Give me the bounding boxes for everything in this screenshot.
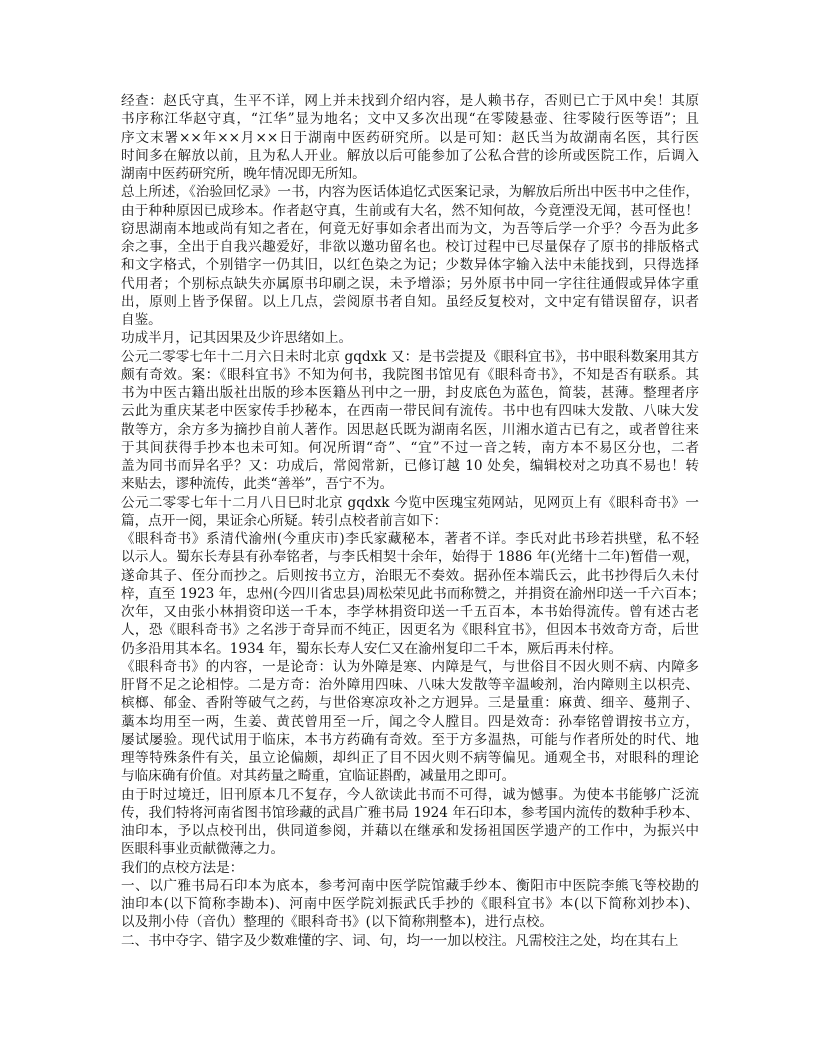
text-line: 以示人。蜀东长寿县有孙奉铭者，与李氏相契十余年，始得于 1886 年(光绪十二年…	[121, 548, 699, 566]
text-line: 公元二零零七年十二月六日未时北京 gqdxk 又：是书尝提及《眼科宜书》，书中眼…	[121, 348, 699, 366]
paragraph: 总上所述，《治验回忆录》一书，内容为医话体追忆式医案记录，为解放后所出中医书中之…	[121, 183, 699, 329]
paragraph: 我们的点校方法是：	[121, 859, 699, 877]
text-line: 时间多在解放以前，且为私人开业。解放以后可能参加了公私合营的诊所或医院工作，后调…	[121, 147, 699, 165]
text-line: 理等特殊条件有关，虽立论偏颇，却纠正了目不因火则不病等偏见。通观全书，对眼科的理…	[121, 749, 699, 767]
text-line: 书序称江华赵守真，“江华”显为地名；文中又多次出现“在零陵悬壶、往零陵行医等语”…	[121, 110, 699, 128]
text-line: 与临床确有价值。对其药量之畸重，宜临证斟酌，减量用之即可。	[121, 767, 699, 785]
text-line: 篇，点开一阅，果证余心所疑。转引点校者前言如下：	[121, 512, 699, 530]
text-line: 经查：赵氏守真，生平不详，网上并未找到介绍内容，是人赖书存，否则已亡于风中矣！其…	[121, 92, 699, 110]
text-line: 功成半月，记其因果及少许思绪如上。	[121, 329, 699, 347]
text-line: 来贴去，谬种流传，此类“善举”，吾宁不为。	[121, 475, 699, 493]
text-line: 自鉴。	[121, 311, 699, 329]
text-line: 传，我们特将河南省图书馆珍藏的武昌广雅书局 1924 年石印本，参考国内流传的数…	[121, 804, 699, 822]
text-line: 《眼科奇书》系清代渝州(今重庆市)李氏家藏秘本，著者不详。李氏对此书珍若拱壁，私…	[121, 530, 699, 548]
paragraph: 二、书中夺字、错字及少数难懂的字、词、句，均一一加以校注。凡需校注之处，均在其右…	[121, 932, 699, 950]
text-line: 油印本(以下简称李勘本)、河南中医学院刘振武氏手抄的《眼科宜书》本(以下简称刘抄…	[121, 895, 699, 913]
text-line: 由于种种原因已成珍本。作者赵守真，生前或有大名，然不知何故，今竟湮没无闻，甚可怪…	[121, 202, 699, 220]
text-line: 梓，直至 1923 年，忠州(今四川省忠县)周松荣见此书而称赞之，并捐资在渝州印…	[121, 585, 699, 603]
text-line: 以及荆小侍（音仇）整理的《眼科奇书》(以下简称荆整本)，进行点校。	[121, 913, 699, 931]
text-line: 由于时过境迁，旧刊原本几不复存，今人欲读此书而不可得，诚为憾事。为使本书能够广泛…	[121, 786, 699, 804]
paragraph: 《眼科奇书》的内容，一是论奇：认为外障是寒、内障是气，与世俗目不因火则不病、内障…	[121, 658, 699, 786]
text-line: 我们的点校方法是：	[121, 859, 699, 877]
text-line: 云此为重庆某老中医家传手抄秘本，在西南一带民间有流传。书中也有四味大发散、八味大…	[121, 402, 699, 420]
paragraph: 一、以广雅书局石印本为底本，参考河南中医学院馆藏手纱本、衡阳市中医院李熊飞等校勘…	[121, 877, 699, 932]
text-line: 槟榔、郁金、香附等破气之药，与世俗寒凉攻补之方迥异。三是量重：麻黄、细辛、蔓荆子…	[121, 694, 699, 712]
text-line: 书为中医古籍出版社出版的珍本医籍丛刊中之一册，封皮底色为蓝色，简装，甚薄。整理者…	[121, 384, 699, 402]
text-line: 《眼科奇书》的内容，一是论奇：认为外障是寒、内障是气，与世俗目不因火则不病、内障…	[121, 658, 699, 676]
text-line: 公元二零零七年十二月八日巳时北京 gqdxk 今览中医瑰宝苑网站，见网页上有《眼…	[121, 494, 699, 512]
text-line: 医眼科事业贡献微薄之力。	[121, 840, 699, 858]
text-line: 代用者；个别标点缺失亦属原书印刷之误，未予增添；另外原书中同一字往往通假或异体字…	[121, 275, 699, 293]
text-line: 肝肾不足之论相悖。二是方奇：治外障用四味、八味大发散等辛温峻剂，治内障则主以枳壳…	[121, 676, 699, 694]
text-line: 二、书中夺字、错字及少数难懂的字、词、句，均一一加以校注。凡需校注之处，均在其右…	[121, 932, 699, 950]
text-line: 遂命其子、侄分而抄之。后则按书立方，治眼无不奏效。据孙侄本端氏云，此书抄得后久未…	[121, 567, 699, 585]
text-line: 颇有奇效。案：《眼科宜书》不知为何书，我院图书馆见有《眼科奇书》，不知是否有联系…	[121, 366, 699, 384]
text-line: 序文末署××年××月××日于湖南中医药研究所。以是可知：赵氏当为故湖南名医，其行…	[121, 129, 699, 147]
paragraph: 公元二零零七年十二月八日巳时北京 gqdxk 今览中医瑰宝苑网站，见网页上有《眼…	[121, 494, 699, 531]
text-line: 于其间获得手抄本也未可知。何况所谓“奇”、“宜”不过一音之转，南方本不易区分也，…	[121, 439, 699, 457]
text-line: 屡试屡验。现代试用于临床，本书方药确有奇效。至于方多温热，可能与作者所处的时代、…	[121, 731, 699, 749]
text-line: 盖为同书而异名乎？又：功成后，常阅常新，已修订越 10 处矣，编辑校对之功真不易…	[121, 457, 699, 475]
paragraph: 经查：赵氏守真，生平不详，网上并未找到介绍内容，是人赖书存，否则已亡于风中矣！其…	[121, 92, 699, 183]
document-page: 经查：赵氏守真，生平不详，网上并未找到介绍内容，是人赖书存，否则已亡于风中矣！其…	[121, 92, 699, 950]
paragraph: 公元二零零七年十二月六日未时北京 gqdxk 又：是书尝提及《眼科宜书》，书中眼…	[121, 348, 699, 494]
paragraph: 由于时过境迁，旧刊原本几不复存，今人欲读此书而不可得，诚为憾事。为使本书能够广泛…	[121, 786, 699, 859]
text-line: 余之事，全出于自我兴趣爱好，非欲以邀功留名也。校订过程中已尽量保存了原书的排版格…	[121, 238, 699, 256]
text-line: 仍多沿用其本名。1934 年，蜀东长寿人安仁又在渝州复印二千本，厥后再未付梓。	[121, 640, 699, 658]
text-line: 人，恐《眼科奇书》之名涉于奇异而不纯正，因更名为《眼科宜书》，但因本书效奇方奇，…	[121, 621, 699, 639]
text-line: 窃思湖南本地或尚有知之者在，何竟无好事如余者出而为文，为吾等后学一介乎？今吾为此…	[121, 220, 699, 238]
text-line: 湖南中医药研究所，晚年情况即无所知。	[121, 165, 699, 183]
text-line: 总上所述，《治验回忆录》一书，内容为医话体追忆式医案记录，为解放后所出中医书中之…	[121, 183, 699, 201]
text-line: 散等方，余方多为摘抄自前人著作。因思赵氏既为湖南名医，川湘水道古已有之，或者曾往…	[121, 421, 699, 439]
text-line: 藁本均用至一两，生姜、黄芪曾用至一斤，闻之令人膛目。四是效奇：孙奉铭曾谓按书立方…	[121, 713, 699, 731]
text-line: 一、以广雅书局石印本为底本，参考河南中医学院馆藏手纱本、衡阳市中医院李熊飞等校勘…	[121, 877, 699, 895]
paragraph: 功成半月，记其因果及少许思绪如上。	[121, 329, 699, 347]
text-line: 油印本，予以点校刊出，供同道参阅，并藉以在继承和发扬祖国医学遗产的工作中，为振兴…	[121, 822, 699, 840]
text-line: 和文字格式，个别错字一仍其旧，以红色染之为记；少数异体字输入法中未能找到，只得选…	[121, 256, 699, 274]
text-line: 出，原则上皆予保留。以上几点，尝阅原书者自知。虽经反复校对，文中定有错误留存，识…	[121, 293, 699, 311]
paragraph: 《眼科奇书》系清代渝州(今重庆市)李氏家藏秘本，著者不详。李氏对此书珍若拱壁，私…	[121, 530, 699, 658]
text-line: 次年，又由张小林捐资印送一千本，李学林捐资印送一千五百本，本书始得流传。曾有述古…	[121, 603, 699, 621]
